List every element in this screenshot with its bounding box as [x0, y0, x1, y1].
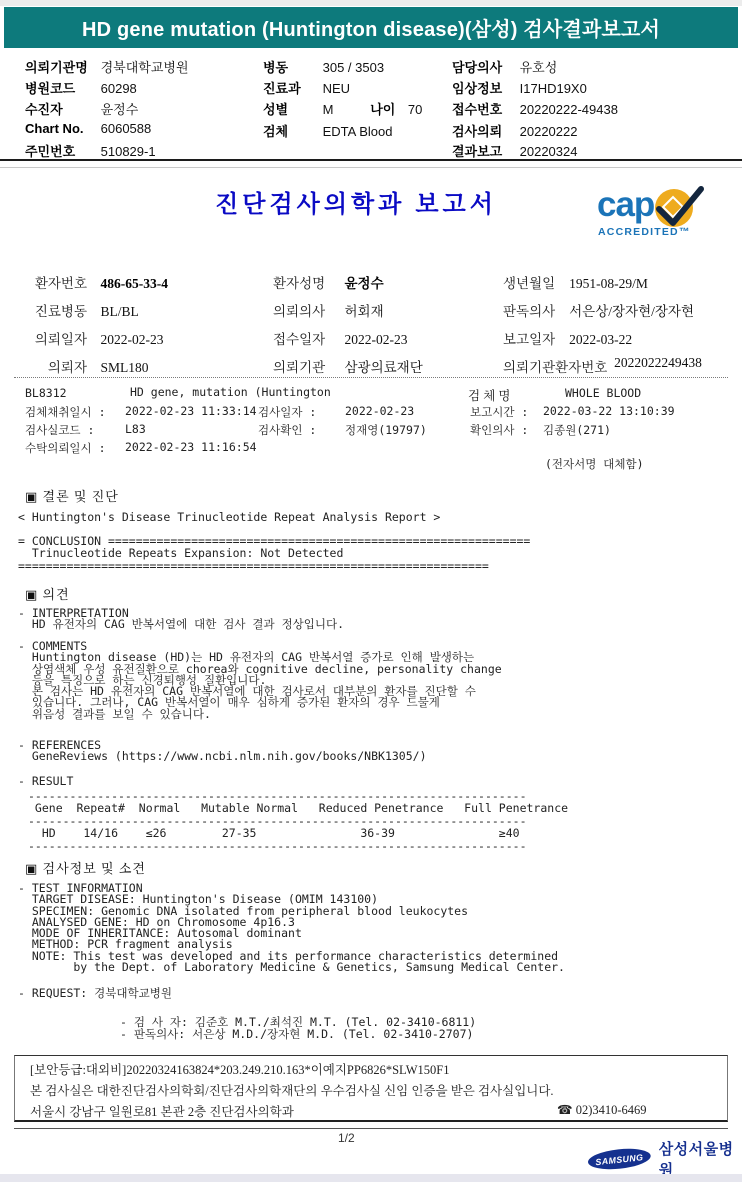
birth-date-label: 생년월일: [503, 272, 559, 292]
patient-no-field: 환자번호 486-65-33-4: [25, 272, 168, 292]
staff-block: - 검 사 자: 김준호 M.T./최석진 M.T. (Tel. 02-3410…: [120, 1016, 476, 1041]
specimen-name-label: 검 체 명: [468, 386, 510, 404]
report-banner-title: HD gene mutation (Huntington disease)(삼성…: [82, 13, 660, 42]
section-testinfo-title: ▣ 검사정보 및 소견: [25, 858, 146, 877]
org-patient-no-label: 의뢰기관환자번호: [503, 356, 607, 376]
header-row-hospital-code: 병원코드 60298: [25, 78, 137, 97]
receipt-date-field: 접수일자 2022-02-23: [273, 328, 408, 348]
samsung-logo-icon: SAMSUNG: [586, 1145, 653, 1173]
value-clinical-info: I17HD19X0: [520, 81, 587, 96]
samsung-hospital-logo: SAMSUNG 삼성서울병원: [586, 1144, 742, 1174]
patient-no-label: 환자번호: [25, 272, 87, 292]
value-ward: 305 / 3503: [323, 60, 384, 75]
result-label: - RESULT: [18, 776, 73, 787]
reading-doctor-value: 서은상/장자현/장자현: [569, 304, 694, 319]
references-block: - REFERENCES GeneReviews (https://www.nc…: [18, 740, 427, 763]
label-age: 나이: [370, 99, 404, 118]
label-department: 진료과: [263, 78, 319, 97]
patient-name-field: 환자성명 윤정수: [273, 272, 384, 292]
report-time-value: 2022-03-22 13:10:39: [543, 404, 675, 418]
header-row-clinical-info: 임상정보 I17HD19X0: [452, 78, 587, 97]
birth-date-value: 1951-08-29/M: [569, 276, 648, 291]
care-ward-value: BL/BL: [101, 304, 139, 319]
cap-logo-text: cap: [597, 185, 654, 225]
label-chart-no: Chart No.: [25, 121, 97, 136]
header-divider-thick: [0, 159, 742, 161]
request-date-field: 의뢰일자 2022-02-23: [25, 328, 164, 348]
report-date-field: 보고일자 2022-03-22: [503, 328, 632, 348]
accreditation-line: 본 검사실은 대한진단검사의학회/진단검사의학재단의 우수검사실 신임 인증을 …: [30, 1081, 554, 1099]
confirm-doctor-label: 확인의사 :: [470, 422, 528, 438]
value-specimen: EDTA Blood: [323, 124, 393, 139]
value-sex: M: [323, 102, 367, 117]
report-banner: HD gene mutation (Huntington disease)(삼성…: [4, 7, 738, 48]
consign-datetime-value: 2022-02-23 11:16:54: [125, 440, 257, 454]
specimen-name-value: WHOLE BLOOD: [565, 386, 641, 400]
request-doctor-field: 의뢰의사 허회재: [273, 300, 384, 320]
header-row-institution: 의뢰기관명 경북대학교병원: [25, 57, 189, 76]
header-row-ward: 병동 305 / 3503: [263, 57, 384, 76]
test-code: BL8312: [25, 386, 67, 400]
patient-no-value: 486-65-33-4: [101, 276, 169, 291]
security-line: [보안등급:대외비]20220324163824*203.249.210.163…: [30, 1060, 450, 1078]
section-conclusion-title: ▣ 결론 및 진단: [25, 486, 119, 505]
requester-value: SML180: [101, 360, 149, 375]
header-row-report-date: 결과보고 20220324: [452, 141, 577, 160]
request-date-value2: 2022-02-23: [101, 332, 164, 347]
page-edge-top: [0, 0, 742, 6]
label-examinee: 수진자: [25, 99, 97, 118]
esign-note: (전자서명 대체함): [545, 456, 644, 472]
analysis-report-title: < Huntington's Disease Trinucleotide Rep…: [18, 512, 440, 523]
section-opinion-title: ▣ 의견: [25, 584, 70, 603]
phone-line: ☎ 02)3410-6469: [557, 1102, 647, 1118]
receipt-date-value: 2022-02-23: [345, 332, 408, 347]
value-hospital-code: 60298: [101, 81, 137, 96]
value-institution: 경북대학교병원: [101, 60, 189, 75]
value-receipt-no: 20220222-49438: [520, 102, 618, 117]
report-date-value2: 2022-03-22: [569, 332, 632, 347]
header-row-request-date: 검사의뢰 20220222: [452, 121, 577, 140]
value-doctor: 유호성: [520, 60, 558, 75]
collect-datetime-value: 2022-02-23 11:33:14: [125, 404, 257, 418]
header-divider-thin: [0, 167, 742, 168]
cap-accredited-text: ACCREDITED™: [598, 226, 691, 238]
value-chart-no: 6060588: [101, 121, 152, 136]
label-receipt-no: 접수번호: [452, 99, 516, 118]
birth-date-field: 생년월일 1951-08-29/M: [503, 272, 648, 292]
label-request-date: 검사의뢰: [452, 121, 516, 140]
request-org-field: 의뢰기관 삼광의료재단: [273, 356, 423, 376]
request-doctor-value: 허회재: [345, 304, 384, 319]
interpretation-block: - INTERPRETATION HD 유전자의 CAG 반복서열에 대한 검사…: [18, 608, 344, 631]
page-number: 1/2: [338, 1131, 355, 1145]
test-confirm-label: 검사확인 :: [258, 422, 316, 438]
label-ward: 병동: [263, 57, 319, 76]
value-department: NEU: [323, 81, 350, 96]
header-row-resident-no: 주민번호 510829-1: [25, 141, 156, 160]
requester-field: 의뢰자 SML180: [25, 356, 149, 376]
request-date-label2: 의뢰일자: [25, 328, 87, 348]
request-org-value: 삼광의료재단: [345, 360, 423, 375]
label-resident-no: 주민번호: [25, 141, 97, 160]
report-page: HD gene mutation (Huntington disease)(삼성…: [0, 0, 742, 1182]
lab-code-label: 검사실코드 :: [25, 422, 94, 438]
test-confirm-value: 정재영(19797): [345, 422, 427, 438]
label-doctor: 담당의사: [452, 57, 516, 76]
label-specimen: 검체: [263, 121, 319, 140]
test-name: HD gene, mutation (Huntington: [130, 385, 331, 399]
header-row-sex-age: 성별 M 나이 70: [263, 99, 422, 118]
cap-checkmark-icon: [653, 183, 705, 229]
header-row-doctor: 담당의사 유호성: [452, 57, 557, 76]
care-ward-field: 진료병동 BL/BL: [25, 300, 139, 320]
page-number-divider: [14, 1128, 728, 1129]
request-line: - REQUEST: 경북대학교병원: [18, 988, 172, 999]
header-row-examinee: 수진자 윤정수: [25, 99, 138, 118]
label-hospital-code: 병원코드: [25, 78, 97, 97]
label-sex: 성별: [263, 99, 319, 118]
result-table: ----------------------------------------…: [28, 790, 568, 852]
header-row-chart-no: Chart No. 6060588: [25, 121, 151, 136]
reading-doctor-field: 판독의사 서은상/장자현/장자현: [503, 300, 694, 320]
reading-doctor-label: 판독의사: [503, 300, 559, 320]
specimen-block: BL8312 HD gene, mutation (Huntington 검 체…: [0, 380, 742, 468]
value-examinee: 윤정수: [101, 102, 139, 117]
confirm-doctor-value: 김종원(271): [543, 422, 611, 438]
requester-label: 의뢰자: [25, 356, 87, 376]
consign-datetime-label: 수탁의뢰일시 :: [25, 440, 106, 456]
test-date-label: 검사일자 :: [258, 404, 316, 420]
org-patient-no-field: 의뢰기관환자번호 2022022249438: [503, 356, 709, 376]
header-row-specimen: 검체 EDTA Blood: [263, 121, 392, 140]
specimen-divider-dotted: [14, 377, 728, 378]
report-time-label: 보고시간 :: [470, 404, 528, 420]
value-age: 70: [408, 102, 422, 117]
header-row-receipt-no: 접수번호 20220222-49438: [452, 99, 618, 118]
label-clinical-info: 임상정보: [452, 78, 516, 97]
request-doctor-label: 의뢰의사: [273, 300, 331, 320]
care-ward-label: 진료병동: [25, 300, 87, 320]
label-report-date: 결과보고: [452, 141, 516, 160]
request-org-label: 의뢰기관: [273, 356, 331, 376]
receipt-date-label: 접수일자: [273, 328, 331, 348]
test-date-value: 2022-02-23: [345, 404, 414, 418]
page-edge-bottom: [0, 1174, 742, 1182]
lab-code-value: L83: [125, 422, 146, 436]
label-institution: 의뢰기관명: [25, 57, 97, 76]
cap-accredited-logo: cap ACCREDITED™: [597, 189, 709, 239]
patient-name-label: 환자성명: [273, 272, 331, 292]
collect-datetime-label: 검체채취일시 :: [25, 404, 106, 420]
patient-info-section: 환자번호 486-65-33-4 환자성명 윤정수 생년월일 1951-08-2…: [0, 270, 742, 380]
value-request-date: 20220222: [520, 124, 578, 139]
value-resident-no: 510829-1: [101, 144, 156, 159]
address-line: 서울시 강남구 일원로81 본관 2층 진단검사의학과: [30, 1102, 294, 1120]
report-date-label2: 보고일자: [503, 328, 559, 348]
testinfo-block: - TEST INFORMATION TARGET DISEASE: Hunti…: [18, 883, 565, 973]
patient-name-value: 윤정수: [345, 276, 384, 291]
value-report-date: 20220324: [520, 144, 578, 159]
conclusion-block: = CONCLUSION ===========================…: [18, 535, 530, 572]
header-row-department: 진료과 NEU: [263, 78, 350, 97]
comments-block: - COMMENTS Huntington disease (HD)는 HD 유…: [18, 641, 502, 720]
org-patient-no-value: 2022022249438: [614, 356, 709, 370]
